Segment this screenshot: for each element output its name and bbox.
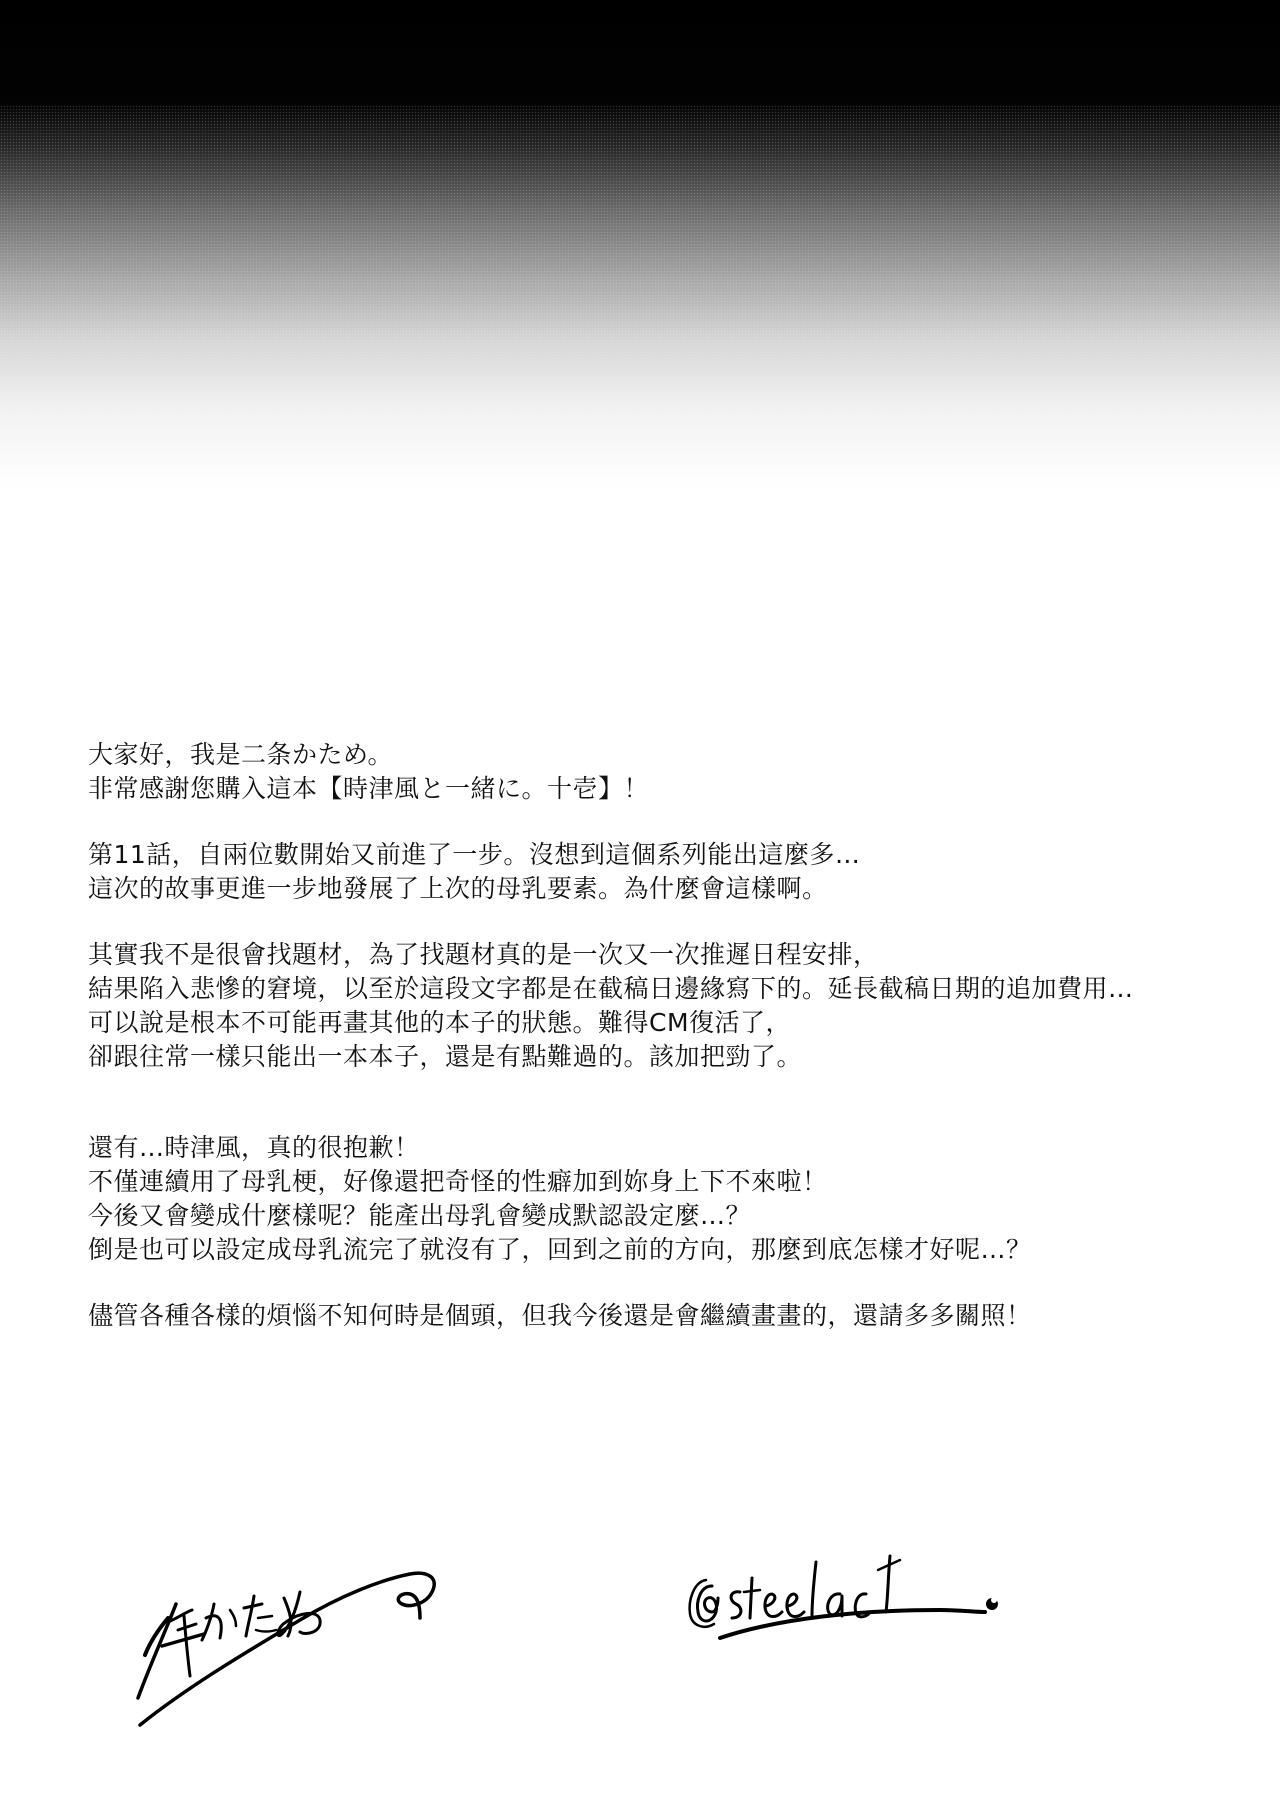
text-line: 這次的故事更進一步地發展了上次的母乳要素。為什麼會這樣啊。 — [88, 872, 1208, 906]
afterword-text: 大家好，我是二条かため。 非常感謝您購入這本【時津風と一緒に。十壱】！ 第11話… — [88, 738, 1208, 1333]
signatures: 二条かため @steelact — [0, 1500, 1280, 1800]
halftone-screentone — [0, 105, 1280, 490]
paragraph-deadline: 其實我不是很會找題材，為了找題材真的是一次又一次推遲日程安排， 結果陷入悲慘的窘… — [88, 938, 1208, 1074]
text-line: 不僅連續用了母乳梗，好像還把奇怪的性癖加到妳身上下不來啦！ — [88, 1165, 1208, 1199]
text-line: 卻跟往常一樣只能出一本本子，還是有點難過的。該加把勁了。 — [88, 1040, 1208, 1074]
text-line: 還有…時津風，真的很抱歉！ — [88, 1131, 1208, 1165]
text-line: 今後又會變成什麼樣呢？能產出母乳會變成默認設定麼…？ — [88, 1199, 1208, 1233]
paragraph-greeting: 大家好，我是二条かため。 非常感謝您購入這本【時津風と一緒に。十壱】！ — [88, 738, 1208, 806]
text-line: 其實我不是很會找題材，為了找題材真的是一次又一次推遲日程安排， — [88, 938, 1208, 972]
spacer — [88, 806, 1208, 838]
paragraph-apology: 還有…時津風，真的很抱歉！ 不僅連續用了母乳梗，好像還把奇怪的性癖加到妳身上下不… — [88, 1131, 1208, 1267]
spacer — [88, 906, 1208, 938]
paragraph-closing: 儘管各種各樣的煩惱不知何時是個頭，但我今後還是會繼續畫畫的，還請多多關照！ — [88, 1299, 1208, 1333]
handwritten-signatures — [0, 1500, 1280, 1800]
handle-signature — [690, 1556, 998, 1638]
text-line: 可以說是根本不可能再畫其他的本子的狀態。難得CM復活了， — [88, 1006, 1208, 1040]
text-line: 結果陷入悲慘的窘境，以至於這段文字都是在截稿日邊緣寫下的。延長截稿日期的追加費用… — [88, 972, 1208, 1006]
spacer — [88, 1267, 1208, 1299]
text-line: 第11話，自兩位數開始又前進了一步。沒想到這個系列能出這麼多… — [88, 838, 1208, 872]
text-line: 倒是也可以設定成母乳流完了就沒有了，回到之前的方向，那麼到底怎樣才好呢…？ — [88, 1233, 1208, 1267]
author-signature — [138, 1573, 434, 1725]
spacer — [88, 1074, 1208, 1131]
text-line: 儘管各種各樣的煩惱不知何時是個頭，但我今後還是會繼續畫畫的，還請多多關照！ — [88, 1299, 1208, 1333]
text-line: 非常感謝您購入這本【時津風と一緒に。十壱】！ — [88, 772, 1208, 806]
paragraph-episode: 第11話，自兩位數開始又前進了一步。沒想到這個系列能出這麼多… 這次的故事更進一… — [88, 838, 1208, 906]
text-line: 大家好，我是二条かため。 — [88, 738, 1208, 772]
